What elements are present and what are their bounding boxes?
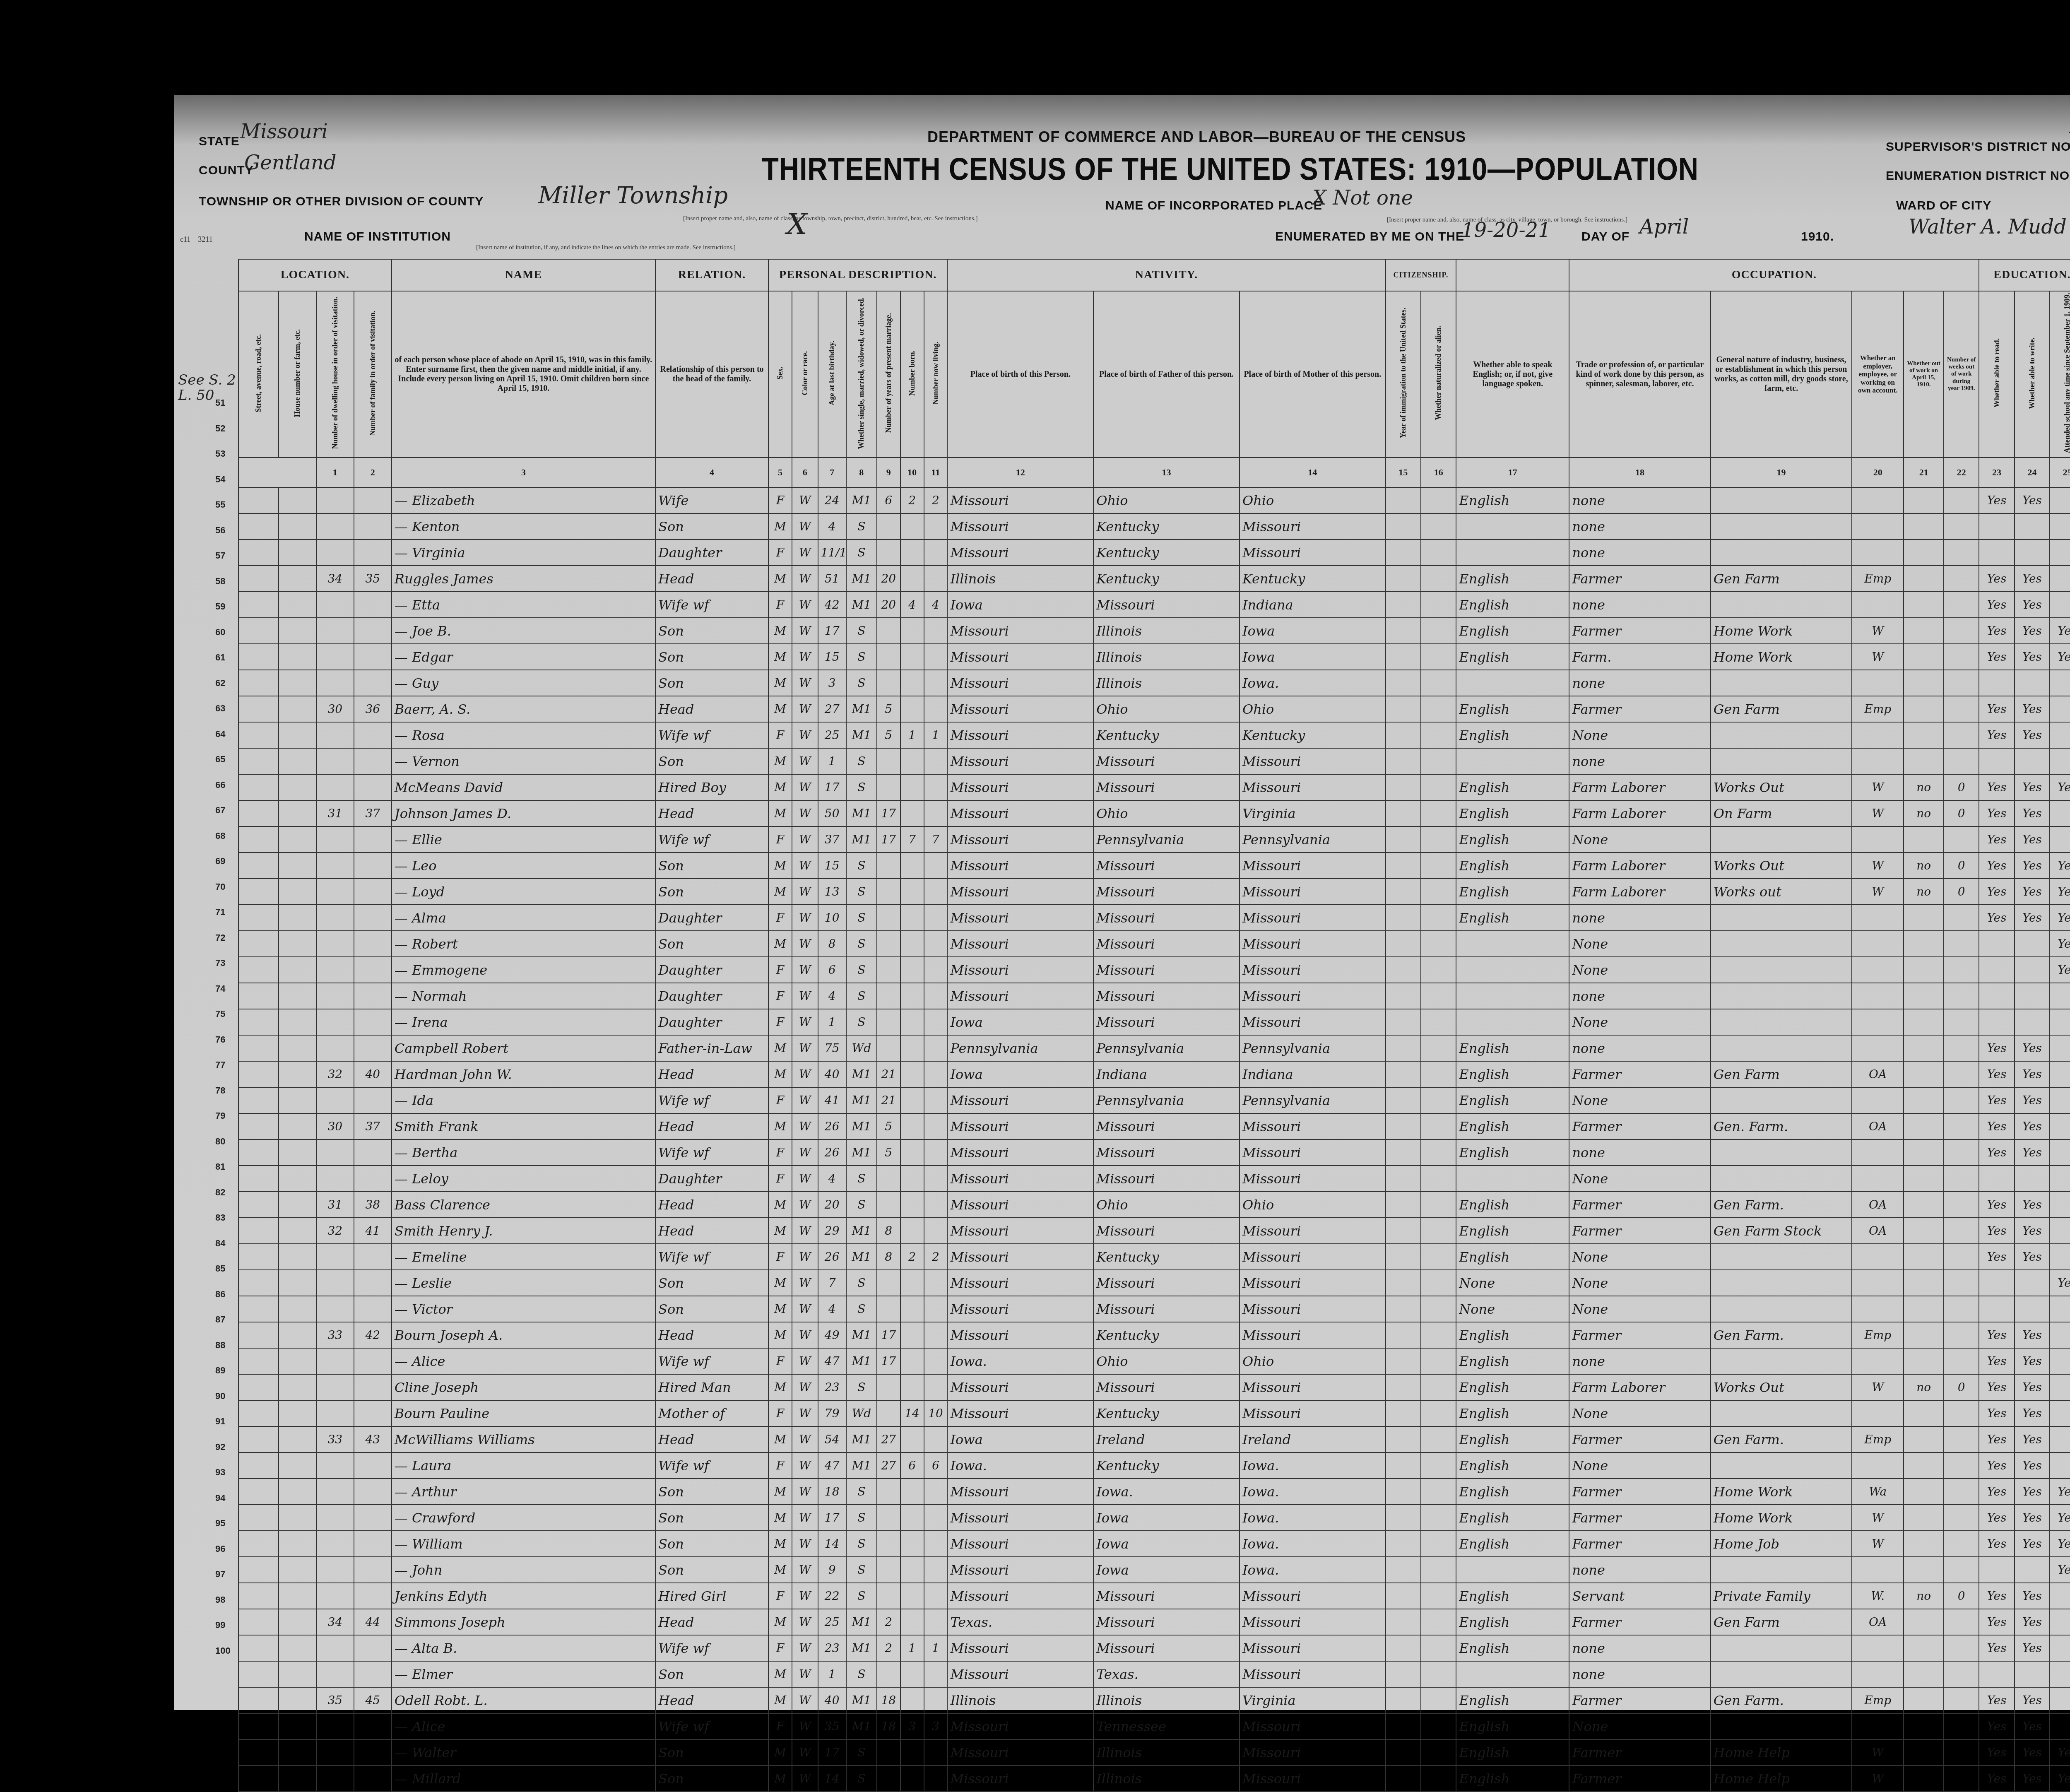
cell-school [2050, 1061, 2070, 1087]
cell-age: 1 [818, 1661, 846, 1687]
cell-trade: None [1569, 722, 1710, 748]
cell-employer: Emp [1852, 1687, 1904, 1713]
cell-years [877, 1035, 900, 1061]
township-label: TOWNSHIP OR OTHER DIVISION OF COUNTY [199, 195, 484, 209]
cell-out [1904, 1479, 1944, 1505]
cell-write: Yes [2015, 800, 2050, 826]
cell-name: — Leloy [392, 1166, 655, 1192]
cell-empty [279, 1139, 316, 1166]
table-row: McMeans DavidHired BoyMW17SMissouriMisso… [238, 774, 2070, 800]
cell-living [924, 1061, 948, 1087]
cell-father: Missouri [1093, 1609, 1240, 1635]
cell-sex: F [768, 487, 792, 513]
cell-industry [1711, 1166, 1852, 1192]
cell-mother: Missouri [1240, 1113, 1386, 1139]
cell-father: Illinois [1093, 1766, 1240, 1792]
cell-empty [238, 1192, 279, 1218]
cell-dwelling [316, 592, 354, 618]
cell-color: W [792, 1661, 818, 1687]
cell-born [900, 618, 924, 644]
column-number: 10 [900, 458, 924, 487]
header-family: Number of family in order of visitation. [354, 291, 392, 458]
cell-sex: M [768, 1061, 792, 1087]
cell-name: Simmons Joseph [392, 1609, 655, 1635]
cell-english: English [1456, 1348, 1569, 1374]
cell-mother: Missouri [1240, 1244, 1386, 1270]
cell-born [900, 1270, 924, 1296]
cell-empty [238, 774, 279, 800]
cell-empty [238, 618, 279, 644]
cell-color: W [792, 1322, 818, 1348]
cell-born [900, 1687, 924, 1713]
cell-living [924, 1609, 948, 1635]
cell-birth: Pennsylvania [947, 1035, 1093, 1061]
table-row: — ElizabethWifeFW24M1622MissouriOhioOhio… [238, 487, 2070, 513]
cell-family [354, 1009, 392, 1035]
table-row: — IrenaDaughterFW1SIowaMissouriMissouriN… [238, 1009, 2070, 1035]
cell-weeks [1944, 1452, 1979, 1479]
cell-out [1904, 618, 1944, 644]
cell-mother: Iowa. [1240, 670, 1386, 696]
cell-write [2015, 1661, 2050, 1687]
cell-years: 17 [877, 826, 900, 853]
cell-father: Missouri [1093, 931, 1240, 957]
cell-english: English [1456, 1609, 1569, 1635]
cell-out: no [1904, 1374, 1944, 1400]
cell-empty [1421, 592, 1456, 618]
cell-empty [279, 513, 316, 540]
column-number: 3 [392, 458, 655, 487]
cell-age: 35 [818, 1713, 846, 1739]
cell-name: — Etta [392, 592, 655, 618]
cell-write: Yes [2015, 1348, 2050, 1374]
cell-age: 79 [818, 1400, 846, 1426]
header-marital: Whether single, married, widowed, or div… [846, 291, 877, 458]
cell-years [877, 1531, 900, 1557]
cell-years [877, 1192, 900, 1218]
cell-industry [1711, 513, 1852, 540]
cell-years [877, 983, 900, 1009]
cell-marital: S [846, 1583, 877, 1609]
cell-read [1979, 957, 2014, 983]
cell-family [354, 670, 392, 696]
cell-school [2050, 1166, 2070, 1192]
cell-employer [1852, 748, 1904, 774]
cell-relation: Son [655, 853, 768, 879]
cell-trade: none [1569, 983, 1710, 1009]
cell-birth: Missouri [947, 1192, 1093, 1218]
table-row: — ArthurSonMW18SMissouriIowa.Iowa.Englis… [238, 1479, 2070, 1505]
cell-sex: M [768, 931, 792, 957]
cell-mother: Missouri [1240, 1400, 1386, 1426]
cell-dwelling [316, 1296, 354, 1322]
cell-weeks [1944, 1766, 1979, 1792]
cell-relation: Head [655, 800, 768, 826]
cell-employer: OA [1852, 1061, 1904, 1087]
cell-age: 4 [818, 1296, 846, 1322]
cell-marital: M1 [846, 1635, 877, 1661]
cell-relation: Son [655, 1270, 768, 1296]
cell-dwelling [316, 1139, 354, 1166]
cell-father: Kentucky [1093, 1244, 1240, 1270]
cell-mother: Missouri [1240, 774, 1386, 800]
cell-color: W [792, 853, 818, 879]
cell-dwelling: 31 [316, 800, 354, 826]
cell-trade: Farm Laborer [1569, 1374, 1710, 1400]
cell-empty [279, 696, 316, 722]
cell-dwelling [316, 1270, 354, 1296]
cell-empty [238, 1374, 279, 1400]
cell-employer: W [1852, 644, 1904, 670]
state-value: Missouri [240, 120, 328, 143]
cell-years: 17 [877, 800, 900, 826]
cell-born [900, 957, 924, 983]
cell-born [900, 879, 924, 905]
cell-empty [238, 592, 279, 618]
cell-school [2050, 1583, 2070, 1609]
cell-sex: M [768, 1557, 792, 1583]
cell-empty [279, 566, 316, 592]
cell-read: Yes [1979, 1609, 2014, 1635]
cell-father: Illinois [1093, 618, 1240, 644]
cell-sex: M [768, 1661, 792, 1687]
cell-empty [1386, 905, 1421, 931]
cell-empty [1421, 905, 1456, 931]
cell-birth: Missouri [947, 1374, 1093, 1400]
cell-english: English [1456, 1374, 1569, 1400]
cell-name: — Bertha [392, 1139, 655, 1166]
cell-mother: Iowa. [1240, 1531, 1386, 1557]
cell-marital: S [846, 1531, 877, 1557]
cell-out [1904, 1192, 1944, 1218]
cell-marital: M1 [846, 1609, 877, 1635]
cell-empty [1421, 1061, 1456, 1087]
cell-weeks [1944, 513, 1979, 540]
cell-age: 42 [818, 592, 846, 618]
cell-relation: Son [655, 1739, 768, 1766]
cell-marital: M1 [846, 1061, 877, 1087]
cell-living [924, 513, 948, 540]
cell-living: 3 [924, 1713, 948, 1739]
cell-write: Yes [2015, 1218, 2050, 1244]
cell-color: W [792, 1270, 818, 1296]
cell-write [2015, 1296, 2050, 1322]
cell-born [900, 1531, 924, 1557]
cell-dwelling [316, 1087, 354, 1113]
cell-empty [1421, 1687, 1456, 1713]
cell-weeks [1944, 540, 1979, 566]
supervisor-label: SUPERVISOR'S DISTRICT NO. [1886, 140, 2070, 154]
line-number: 94 [215, 1493, 225, 1503]
cell-write: Yes [2015, 1452, 2050, 1479]
cell-age: 8 [818, 931, 846, 957]
cell-empty [238, 722, 279, 748]
cell-mother: Missouri [1240, 1374, 1386, 1400]
cell-empty [1386, 1139, 1421, 1166]
cell-weeks [1944, 670, 1979, 696]
cell-color: W [792, 1192, 818, 1218]
cell-weeks [1944, 1139, 1979, 1166]
column-number: 22 [1944, 458, 1979, 487]
cell-mother: Iowa [1240, 644, 1386, 670]
cell-mother: Missouri [1240, 957, 1386, 983]
cell-dwelling [316, 774, 354, 800]
table-row: — KentonSonMW4SMissouriKentuckyMissourin… [238, 513, 2070, 540]
cell-marital: S [846, 1661, 877, 1687]
column-number: 11 [924, 458, 948, 487]
cell-industry [1711, 1557, 1852, 1583]
cell-born [900, 1218, 924, 1244]
cell-color: W [792, 618, 818, 644]
cell-sex: M [768, 1739, 792, 1766]
cell-family [354, 1635, 392, 1661]
cell-industry: Home Work [1711, 1505, 1852, 1531]
cell-empty [1386, 1009, 1421, 1035]
cell-school [2050, 1609, 2070, 1635]
cell-industry: Home Help [1711, 1739, 1852, 1766]
cell-empty [279, 1348, 316, 1374]
cell-sex: F [768, 1087, 792, 1113]
cell-employer: W [1852, 1374, 1904, 1400]
table-row: 3240Hardman John W.HeadMW40M121IowaIndia… [238, 1061, 2070, 1087]
cell-school: Yes [2050, 1531, 2070, 1557]
cell-sex: M [768, 1270, 792, 1296]
table-row: — CrawfordSonMW17SMissouriIowaIowa.Engli… [238, 1505, 2070, 1531]
cell-empty [1421, 670, 1456, 696]
cell-age: 41 [818, 1087, 846, 1113]
cell-empty [1421, 1139, 1456, 1166]
cell-empty [279, 1270, 316, 1296]
cell-out [1904, 983, 1944, 1009]
cell-english: English [1456, 618, 1569, 644]
cell-born [900, 1739, 924, 1766]
cell-out [1904, 1009, 1944, 1035]
cell-dwelling [316, 1479, 354, 1505]
cell-father: Illinois [1093, 1739, 1240, 1766]
cell-birth: Missouri [947, 853, 1093, 879]
cell-school [2050, 566, 2070, 592]
cell-marital: M1 [846, 1244, 877, 1270]
cell-empty [1386, 748, 1421, 774]
cell-empty [279, 1479, 316, 1505]
cell-english: English [1456, 1061, 1569, 1087]
line-number: 99 [215, 1620, 225, 1631]
line-number: 59 [215, 601, 225, 612]
cell-empty [1386, 670, 1421, 696]
cell-dwelling [316, 1661, 354, 1687]
header-dwelling: Number of dwelling house in order of vis… [316, 291, 354, 458]
cell-employer [1852, 1400, 1904, 1426]
cell-relation: Head [655, 696, 768, 722]
cell-trade: None [1569, 826, 1710, 853]
cell-read [1979, 931, 2014, 957]
cell-weeks [1944, 1270, 1979, 1296]
cell-born [900, 1087, 924, 1113]
cell-birth: Missouri [947, 1505, 1093, 1531]
cell-empty [238, 1166, 279, 1192]
cell-employer: Emp [1852, 1322, 1904, 1348]
header-birth-father: Place of birth of Father of this person. [1093, 291, 1240, 458]
incorporated-place-label: NAME OF INCORPORATED PLACE [1105, 199, 1322, 213]
cell-employer [1852, 1244, 1904, 1270]
cell-empty [1421, 1009, 1456, 1035]
cell-birth: Missouri [947, 1713, 1093, 1739]
cell-family [354, 905, 392, 931]
cell-empty [238, 800, 279, 826]
cell-color: W [792, 1166, 818, 1192]
cell-english: English [1456, 1035, 1569, 1061]
header-age: Age at last birthday. [818, 291, 846, 458]
cell-mother: Missouri [1240, 1766, 1386, 1792]
cell-father: Missouri [1093, 957, 1240, 983]
cell-empty [279, 1687, 316, 1713]
cell-color: W [792, 1713, 818, 1739]
cell-father: Tennessee [1093, 1713, 1240, 1739]
cell-years: 27 [877, 1426, 900, 1452]
cell-sex: M [768, 1322, 792, 1348]
cell-age: 47 [818, 1452, 846, 1479]
cell-write: Yes [2015, 1583, 2050, 1609]
cell-trade: none [1569, 1661, 1710, 1687]
cell-living [924, 1557, 948, 1583]
cell-empty [279, 748, 316, 774]
cell-empty [238, 1270, 279, 1296]
cell-living [924, 1270, 948, 1296]
cell-empty [1386, 1166, 1421, 1192]
cell-birth: Missouri [947, 1270, 1093, 1296]
cell-weeks [1944, 1426, 1979, 1452]
cell-name: — Leo [392, 853, 655, 879]
cell-english: English [1456, 1531, 1569, 1557]
cell-trade: Farmer [1569, 1218, 1710, 1244]
cell-empty [1386, 592, 1421, 618]
cell-empty [1386, 1348, 1421, 1374]
cell-birth: Missouri [947, 1322, 1093, 1348]
cell-name: Johnson James D. [392, 800, 655, 826]
cell-birth: Missouri [947, 1739, 1093, 1766]
cell-weeks [1944, 592, 1979, 618]
cell-mother: Missouri [1240, 879, 1386, 905]
cell-out [1904, 1348, 1944, 1374]
cell-color: W [792, 487, 818, 513]
cell-family [354, 1505, 392, 1531]
cell-family [354, 983, 392, 1009]
cell-relation: Son [655, 644, 768, 670]
cell-sex: M [768, 618, 792, 644]
cell-trade: none [1569, 540, 1710, 566]
cell-color: W [792, 826, 818, 853]
cell-family [354, 1087, 392, 1113]
cell-living [924, 1087, 948, 1113]
cell-marital: S [846, 905, 877, 931]
cell-family: 36 [354, 696, 392, 722]
cell-name: McMeans David [392, 774, 655, 800]
cell-employer [1852, 1166, 1904, 1192]
cell-living: 7 [924, 826, 948, 853]
cell-mother: Missouri [1240, 1218, 1386, 1244]
cell-employer [1852, 1348, 1904, 1374]
header-out-of-work: Whether out of work on April 15, 1910. [1904, 291, 1944, 458]
cell-industry: Home Work [1711, 644, 1852, 670]
table-row: Jenkins EdythHired GirlFW22SMissouriMiss… [238, 1583, 2070, 1609]
cell-color: W [792, 1296, 818, 1322]
cell-marital: M1 [846, 487, 877, 513]
cell-color: W [792, 1609, 818, 1635]
cell-name: Jenkins Edyth [392, 1583, 655, 1609]
table-row: 3545Odell Robt. L.HeadMW40M118IllinoisIl… [238, 1687, 2070, 1713]
cell-dwelling: 32 [316, 1218, 354, 1244]
line-number: 51 [215, 397, 225, 408]
cell-read: Yes [1979, 1374, 2014, 1400]
cell-employer [1852, 1713, 1904, 1739]
cell-years: 8 [877, 1244, 900, 1270]
cell-empty [1386, 1713, 1421, 1739]
cell-english: English [1456, 1739, 1569, 1766]
cell-trade: None [1569, 1244, 1710, 1270]
cell-relation: Head [655, 1609, 768, 1635]
cell-empty [1386, 853, 1421, 879]
cell-industry [1711, 905, 1852, 931]
cell-read: Yes [1979, 696, 2014, 722]
cell-empty [1386, 957, 1421, 983]
cell-family [354, 722, 392, 748]
cell-name: — Millard [392, 1766, 655, 1792]
table-row: — EmmogeneDaughterFW6SMissouriMissouriMi… [238, 957, 2070, 983]
header-immigration-year: Year of immigration to the United States… [1386, 291, 1421, 458]
cell-marital: S [846, 1009, 877, 1035]
institution-label: NAME OF INSTITUTION [304, 230, 451, 244]
cell-birth: Missouri [947, 1635, 1093, 1661]
cell-weeks [1944, 983, 1979, 1009]
cell-empty [238, 1009, 279, 1035]
table-row: — LeoSonMW15SMissouriMissouriMissouriEng… [238, 853, 2070, 879]
cell-write: Yes [2015, 1061, 2050, 1087]
cell-read: Yes [1979, 592, 2014, 618]
cell-school: Yes [2050, 879, 2070, 905]
line-number: 60 [215, 627, 225, 638]
cell-name: Ruggles James [392, 566, 655, 592]
cell-employer [1852, 957, 1904, 983]
cell-employer: W [1852, 1766, 1904, 1792]
cell-sex: M [768, 1609, 792, 1635]
cell-trade: Farmer [1569, 1426, 1710, 1452]
cell-name: — Virginia [392, 540, 655, 566]
cell-empty [1421, 1505, 1456, 1531]
line-number: 95 [215, 1518, 225, 1529]
cell-name: — Walter [392, 1739, 655, 1766]
cell-dwelling [316, 670, 354, 696]
cell-empty [1421, 696, 1456, 722]
cell-color: W [792, 1035, 818, 1061]
cell-living [924, 1583, 948, 1609]
cell-out [1904, 1218, 1944, 1244]
cell-school: Yes [2050, 905, 2070, 931]
enumerator-value: Walter A. Mudd [1909, 215, 2067, 238]
cell-relation: Wife wf [655, 826, 768, 853]
cell-out [1904, 1322, 1944, 1348]
cell-out [1904, 644, 1944, 670]
cell-empty [1386, 1452, 1421, 1479]
cell-color: W [792, 1739, 818, 1766]
group-location: LOCATION. [238, 259, 392, 291]
cell-dwelling [316, 1348, 354, 1374]
cell-weeks [1944, 1531, 1979, 1557]
cell-years: 21 [877, 1061, 900, 1087]
cell-read [1979, 540, 2014, 566]
cell-industry: Home Job [1711, 1531, 1852, 1557]
cell-birth: Missouri [947, 774, 1093, 800]
group-nativity: NATIVITY. [947, 259, 1385, 291]
